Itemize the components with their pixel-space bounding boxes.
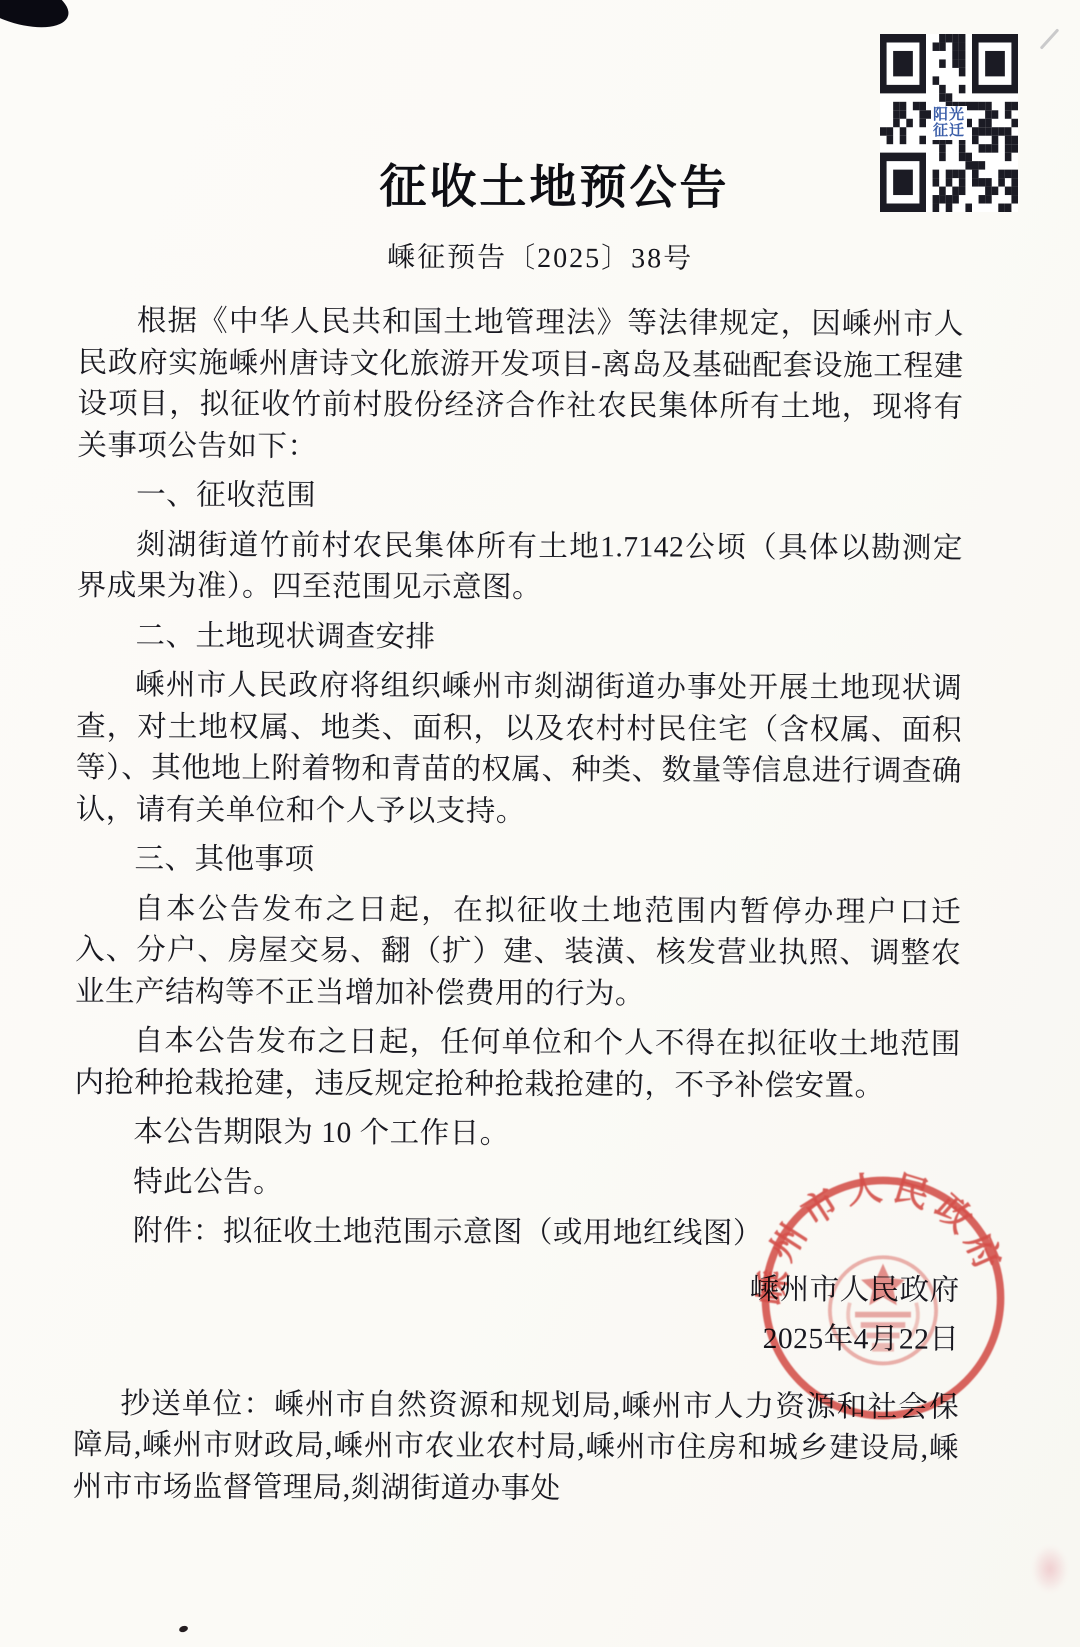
qr-center-logo: 阳光 征迁 bbox=[931, 106, 967, 140]
section-3-heading: 三、其他事项 bbox=[75, 839, 961, 884]
notice-period-line: 本公告期限为 10 个工作日。 bbox=[74, 1112, 960, 1157]
signature-issuer: 嵊州市人民政府 bbox=[74, 1266, 960, 1311]
section-2-heading: 二、土地现状调查安排 bbox=[76, 615, 962, 660]
attachment-line: 附件：拟征收土地范围示意图（或用地红线图） bbox=[74, 1211, 960, 1256]
scanned-announcement-page: 征收土地预公告 嵊征预告〔2025〕38号 根据《中华人民共和国土地管理法》等法… bbox=[0, 0, 1080, 1647]
scan-pink-smudge bbox=[1032, 1545, 1068, 1593]
hereby-announced-line: 特此公告。 bbox=[74, 1161, 960, 1206]
intro-paragraph: 根据《中华人民共和国土地管理法》等法律规定，因嵊州市人民政府实施嵊州唐诗文化旅游… bbox=[77, 301, 964, 471]
section-1-heading: 一、征收范围 bbox=[77, 475, 963, 520]
section-2-paragraph: 嵊州市人民政府将组织嵊州市剡湖街道办事处开展土地现状调查，对土地权属、地类、面积… bbox=[76, 665, 963, 835]
document-content: 征收土地预公告 嵊征预告〔2025〕38号 根据《中华人民共和国土地管理法》等法… bbox=[0, 0, 1080, 1647]
signature-block: 嵊州市人民政府 2025年4月22日 bbox=[73, 1266, 959, 1361]
document-number: 嵊征预告〔2025〕38号 bbox=[0, 234, 1080, 279]
section-1-paragraph: 剡湖街道竹前村农民集体所有土地1.7142公顷（具体以勘测定界成果为准）。四至范… bbox=[77, 524, 963, 611]
qr-code: 阳光 征迁 bbox=[880, 34, 1018, 212]
cc-list: 抄送单位：嵊州市自然资源和规划局,嵊州市人力资源和社会保障局,嵊州市财政局,嵊州… bbox=[73, 1383, 960, 1511]
section-3-paragraph-1: 自本公告发布之日起，在拟征收土地范围内暂停办理户口迁入、分户、房屋交易、翻（扩）… bbox=[75, 888, 962, 1016]
qr-logo-line2: 征迁 bbox=[933, 123, 965, 139]
section-3-paragraph-2: 自本公告发布之日起，任何单位和个人不得在拟征收土地范围内抢种抢栽抢建，违反规定抢… bbox=[74, 1021, 960, 1108]
document-body: 根据《中华人民共和国土地管理法》等法律规定，因嵊州市人民政府实施嵊州唐诗文化旅游… bbox=[73, 301, 964, 1520]
signature-date: 2025年4月22日 bbox=[73, 1316, 959, 1361]
qr-logo-line1: 阳光 bbox=[933, 107, 965, 123]
